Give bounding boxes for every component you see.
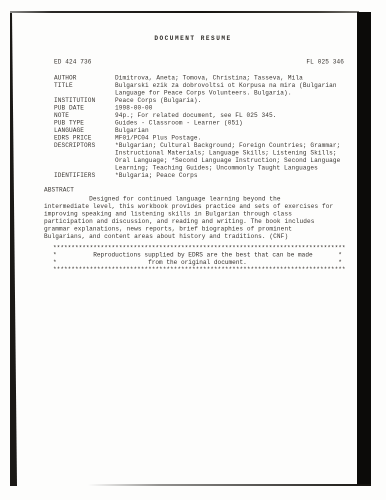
metadata-fields: AUTHOR Dimitrova, Aneta; Tomova, Christi… [54, 75, 351, 180]
field-value-identifiers: *Bulgaria; Peace Corps [115, 172, 351, 180]
document-resume-title: DOCUMENT RESUME [0, 35, 386, 43]
field-label-note: NOTE [54, 112, 115, 120]
field-label-identifiers: IDENTIFIERS [54, 172, 115, 180]
field-value-descriptors: *Bulgarian; Cultural Background; Foreign… [115, 142, 351, 172]
field-label-author: AUTHOR [54, 75, 115, 83]
edrs-reproduction-notice: ****************************************… [53, 245, 346, 274]
field-label-edrs-price: EDRS PRICE [54, 135, 115, 143]
ed-number: ED 424 736 [54, 59, 92, 67]
notice-border-bottom: ****************************************… [53, 266, 346, 273]
field-value-note: 94p.; For related document, see FL 025 3… [115, 112, 351, 120]
field-value-pub-date: 1998-00-00 [115, 105, 351, 113]
field-value-pub-type: Guides - Classroom - Learner (051) [115, 120, 351, 128]
field-label-title: TITLE [54, 82, 115, 97]
notice-border-top: ****************************************… [53, 245, 346, 252]
field-value-edrs-price: MF01/PC04 Plus Postage. [115, 135, 351, 143]
accession-numbers-row: ED 424 736 FL 025 346 [54, 59, 344, 67]
field-value-language: Bulgarian [115, 127, 351, 135]
field-label-pub-type: PUB TYPE [54, 120, 115, 128]
document-content: DOCUMENT RESUME ED 424 736 FL 025 346 AU… [0, 0, 386, 500]
scanned-document-page: DOCUMENT RESUME ED 424 736 FL 025 346 AU… [0, 0, 386, 500]
notice-line-2: * from the original document. * [53, 259, 346, 266]
field-value-institution: Peace Corps (Bulgaria). [115, 97, 351, 105]
field-value-title: Bulgarski ezik za dobrovoltsi ot Korpusa… [115, 82, 351, 97]
field-label-language: LANGUAGE [54, 127, 115, 135]
abstract-label: ABSTRACT [44, 187, 74, 195]
field-label-institution: INSTITUTION [54, 97, 115, 105]
abstract-text: Designed for continued language learning… [44, 196, 344, 241]
field-label-descriptors: DESCRIPTORS [54, 142, 115, 172]
field-value-author: Dimitrova, Aneta; Tomova, Christina; Tas… [115, 75, 351, 83]
notice-line-1: * Reproductions supplied by EDRS are the… [53, 252, 346, 259]
field-label-pub-date: PUB DATE [54, 105, 115, 113]
clearinghouse-number: FL 025 346 [306, 59, 344, 67]
